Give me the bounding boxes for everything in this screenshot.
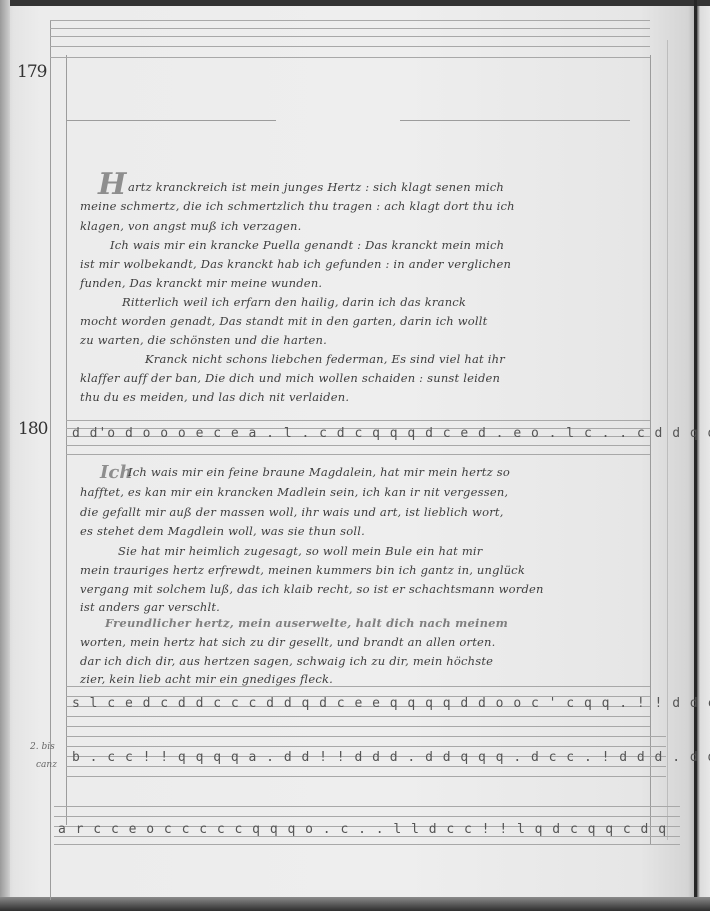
book-gutter: [694, 0, 697, 911]
tablature-notes: b . c c ! ! q q q q a . d d ! ! d d d . …: [72, 750, 710, 765]
text-line: Ich wais mir ein krancke Puella genandt …: [110, 238, 504, 252]
text-line: artz kranckreich ist mein junges Hertz :…: [128, 180, 504, 194]
ruled-line: [400, 120, 630, 121]
text-line: thu du es meiden, und las dich nit verla…: [80, 390, 349, 404]
music-staff: s l c e d c d d c c c d d q d c e e q q …: [66, 686, 650, 728]
page-number-179: 179: [17, 62, 46, 82]
text-line: es stehet dem Magdlein woll, was sie thu…: [80, 524, 365, 538]
text-line: klagen, von angst muß ich verzagen.: [80, 219, 301, 233]
text-line: Freundlicher hertz, mein auserwelte, hal…: [105, 616, 508, 630]
page-number-180: 180: [18, 419, 47, 439]
text-line: Ritterlich weil ich erfarn den hailig, d…: [122, 295, 466, 309]
text-line: meine schmertz, die ich schmertzlich thu…: [80, 199, 515, 213]
text-line: vergang mit solchem luß, das ich klaib r…: [80, 582, 544, 596]
top-empty-staff: [50, 20, 650, 60]
text-line: hafftet, es kan mir ein krancken Madlein…: [80, 485, 508, 499]
text-line: worten, mein hertz hat sich zu dir gesel…: [80, 635, 496, 649]
text-line: dar ich dich dir, aus hertzen sagen, sch…: [80, 654, 493, 668]
manuscript-page: 179 180 H artz kranckreich ist mein jung…: [0, 0, 710, 911]
text-line: klaffer auff der ban, Die dich und mich …: [80, 371, 500, 385]
text-line: mocht worden genadt, Das standt mit in d…: [80, 314, 488, 328]
text-line: Ich wais mir ein feine braune Magdalein,…: [128, 465, 510, 479]
text-line: funden, Das kranckt mir meine wunden.: [80, 276, 322, 290]
scan-top-edge: [0, 0, 710, 6]
music-staff: b . c c ! ! q q q q a . d d ! ! d d d . …: [66, 736, 666, 778]
ruled-line: [66, 120, 276, 121]
text-line: Sie hat mir heimlich zugesagt, so woll m…: [118, 544, 483, 558]
tablature-notes: a r c c e o c c c c c q q q o . c . . l …: [58, 822, 667, 837]
scan-left-edge: [0, 0, 10, 911]
section-initial: H: [98, 167, 126, 202]
text-line: Kranck nicht schons liebchen federman, E…: [145, 352, 505, 366]
tablature-notes: s l c e d c d d c c c d d q d c e e q q …: [72, 696, 710, 711]
text-line: mein trauriges hertz erfrewdt, meinen ku…: [80, 563, 525, 577]
text-line: zu warten, die schönsten und die harten.: [80, 333, 327, 347]
text-line: ist mir wolbekandt, Das kranckt hab ich …: [80, 257, 511, 271]
music-staff: d d'o d o o o e c e a . l . c d c q q q …: [66, 420, 650, 456]
scan-bottom-edge: [0, 897, 710, 911]
music-staff: a r c c e o c c c c c q q q o . c . . l …: [54, 806, 680, 846]
marginal-note: canz: [36, 760, 57, 770]
marginal-note: 2. bis: [30, 742, 55, 752]
text-line: ist anders gar verschlt.: [80, 600, 220, 614]
right-margin-rule: [650, 55, 651, 845]
tablature-notes: d d'o d o o o e c e a . l . c d c q q q …: [72, 426, 710, 441]
text-line: zier, kein lieb acht mir ein gnediges fl…: [80, 672, 333, 686]
text-line: die gefallt mir auß der massen woll, ihr…: [80, 505, 504, 519]
